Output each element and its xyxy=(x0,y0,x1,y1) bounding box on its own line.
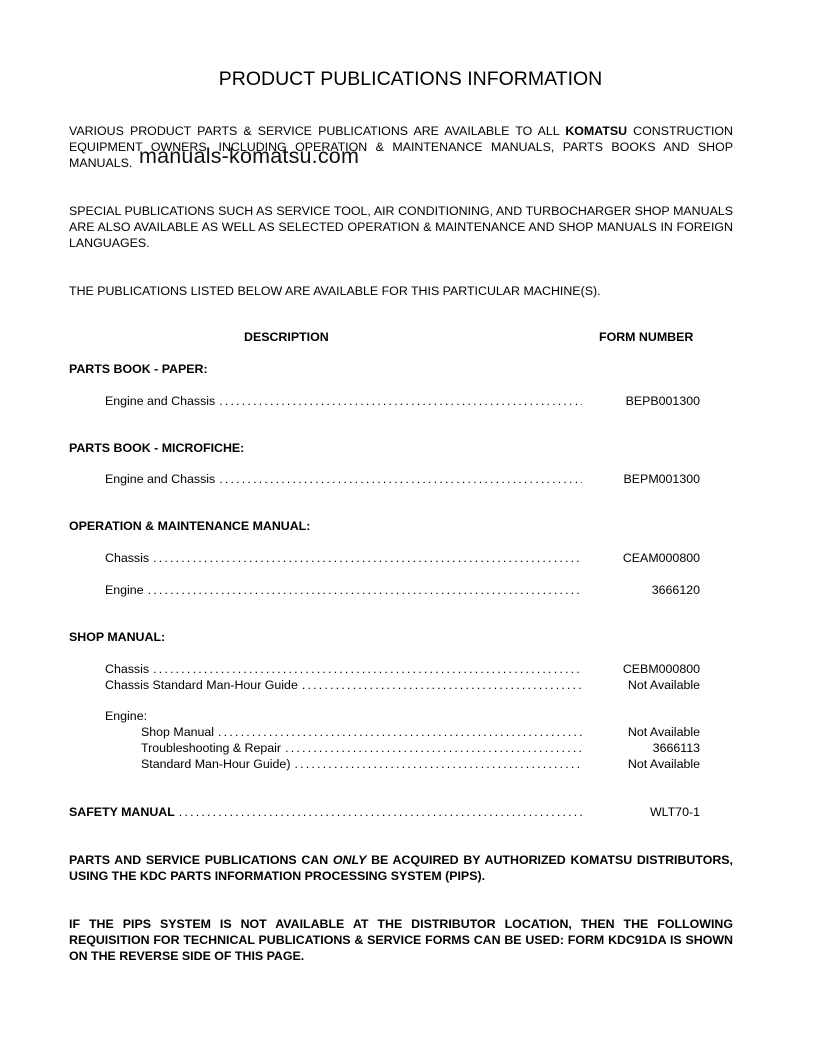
table-row: Chassis Standard Man-Hour Guide ........… xyxy=(105,678,700,694)
section-heading-parts-book-paper: PARTS BOOK - PAPER: xyxy=(69,362,208,376)
row-label: Standard Man-Hour Guide) xyxy=(141,757,290,771)
form-number: WLT70-1 xyxy=(650,805,700,819)
leader-dots: ........................................… xyxy=(285,741,582,755)
engine-subgroup-label: Engine: xyxy=(105,709,147,723)
leader-dots: ........................................… xyxy=(153,551,582,565)
pips-notice: IF THE PIPS SYSTEM IS NOT AVAILABLE AT T… xyxy=(69,916,733,964)
section-heading-parts-book-microfiche: PARTS BOOK - MICROFICHE: xyxy=(69,441,244,455)
leader-dots: ........................................… xyxy=(294,757,582,771)
table-row: Engine and Chassis .....................… xyxy=(105,394,700,410)
page-title: PRODUCT PUBLICATIONS INFORMATION xyxy=(0,68,821,91)
row-label: SAFETY MANUAL xyxy=(69,805,175,819)
document-page: PRODUCT PUBLICATIONS INFORMATION VARIOUS… xyxy=(0,0,821,1056)
leader-dots: ........................................… xyxy=(179,805,582,819)
form-number: BEPM001300 xyxy=(624,472,700,486)
table-row: Chassis ................................… xyxy=(105,662,700,678)
row-label: Engine xyxy=(105,583,144,597)
form-number: 3666120 xyxy=(652,583,700,597)
leader-dots: ........................................… xyxy=(148,583,582,597)
form-number: Not Available xyxy=(628,678,700,692)
form-number: 3666113 xyxy=(653,741,700,755)
intro-text-start: VARIOUS PRODUCT PARTS & SERVICE PUBLICAT… xyxy=(69,124,565,138)
table-row: Shop Manual ............................… xyxy=(141,725,700,741)
description-column-header: DESCRIPTION xyxy=(244,330,329,344)
row-label: Shop Manual xyxy=(141,725,214,739)
acquisition-notice: PARTS AND SERVICE PUBLICATIONS CAN ONLY … xyxy=(69,852,733,884)
table-row: Troubleshooting & Repair ...............… xyxy=(141,741,700,757)
row-label: Engine and Chassis xyxy=(105,472,215,486)
section-heading-operation-maintenance: OPERATION & MAINTENANCE MANUAL: xyxy=(69,519,310,533)
special-publications-paragraph: SPECIAL PUBLICATIONS SUCH AS SERVICE TOO… xyxy=(69,203,733,251)
row-label: Troubleshooting & Repair xyxy=(141,741,281,755)
listed-below-paragraph: THE PUBLICATIONS LISTED BELOW ARE AVAILA… xyxy=(69,283,733,299)
row-label: Chassis Standard Man-Hour Guide xyxy=(105,678,298,692)
table-row: Engine .................................… xyxy=(105,583,700,599)
row-label: Chassis xyxy=(105,662,149,676)
form-number: CEAM000800 xyxy=(623,551,700,565)
watermark: manuals-komatsu.com xyxy=(139,144,359,169)
table-row: Engine and Chassis .....................… xyxy=(105,472,700,488)
row-label: Engine and Chassis xyxy=(105,394,215,408)
leader-dots: ........................................… xyxy=(302,678,582,692)
safety-manual-row: SAFETY MANUAL ..........................… xyxy=(69,805,700,821)
leader-dots: ........................................… xyxy=(218,725,582,739)
leader-dots: ........................................… xyxy=(219,394,582,408)
form-number: BEPB001300 xyxy=(626,394,700,408)
notice-emphasis: ONLY xyxy=(333,853,367,867)
notice-text-start: PARTS AND SERVICE PUBLICATIONS CAN xyxy=(69,853,333,867)
form-number: CEBM000800 xyxy=(623,662,700,676)
form-number-column-header: FORM NUMBER xyxy=(599,330,693,344)
table-row: Chassis ................................… xyxy=(105,551,700,567)
table-row: Standard Man-Hour Guide) ...............… xyxy=(141,757,700,773)
row-label: Chassis xyxy=(105,551,149,565)
brand-name: KOMATSU xyxy=(565,124,627,138)
section-heading-shop-manual: SHOP MANUAL: xyxy=(69,630,165,644)
leader-dots: ........................................… xyxy=(153,662,582,676)
form-number: Not Available xyxy=(628,725,700,739)
leader-dots: ........................................… xyxy=(219,472,582,486)
form-number: Not Available xyxy=(628,757,700,771)
